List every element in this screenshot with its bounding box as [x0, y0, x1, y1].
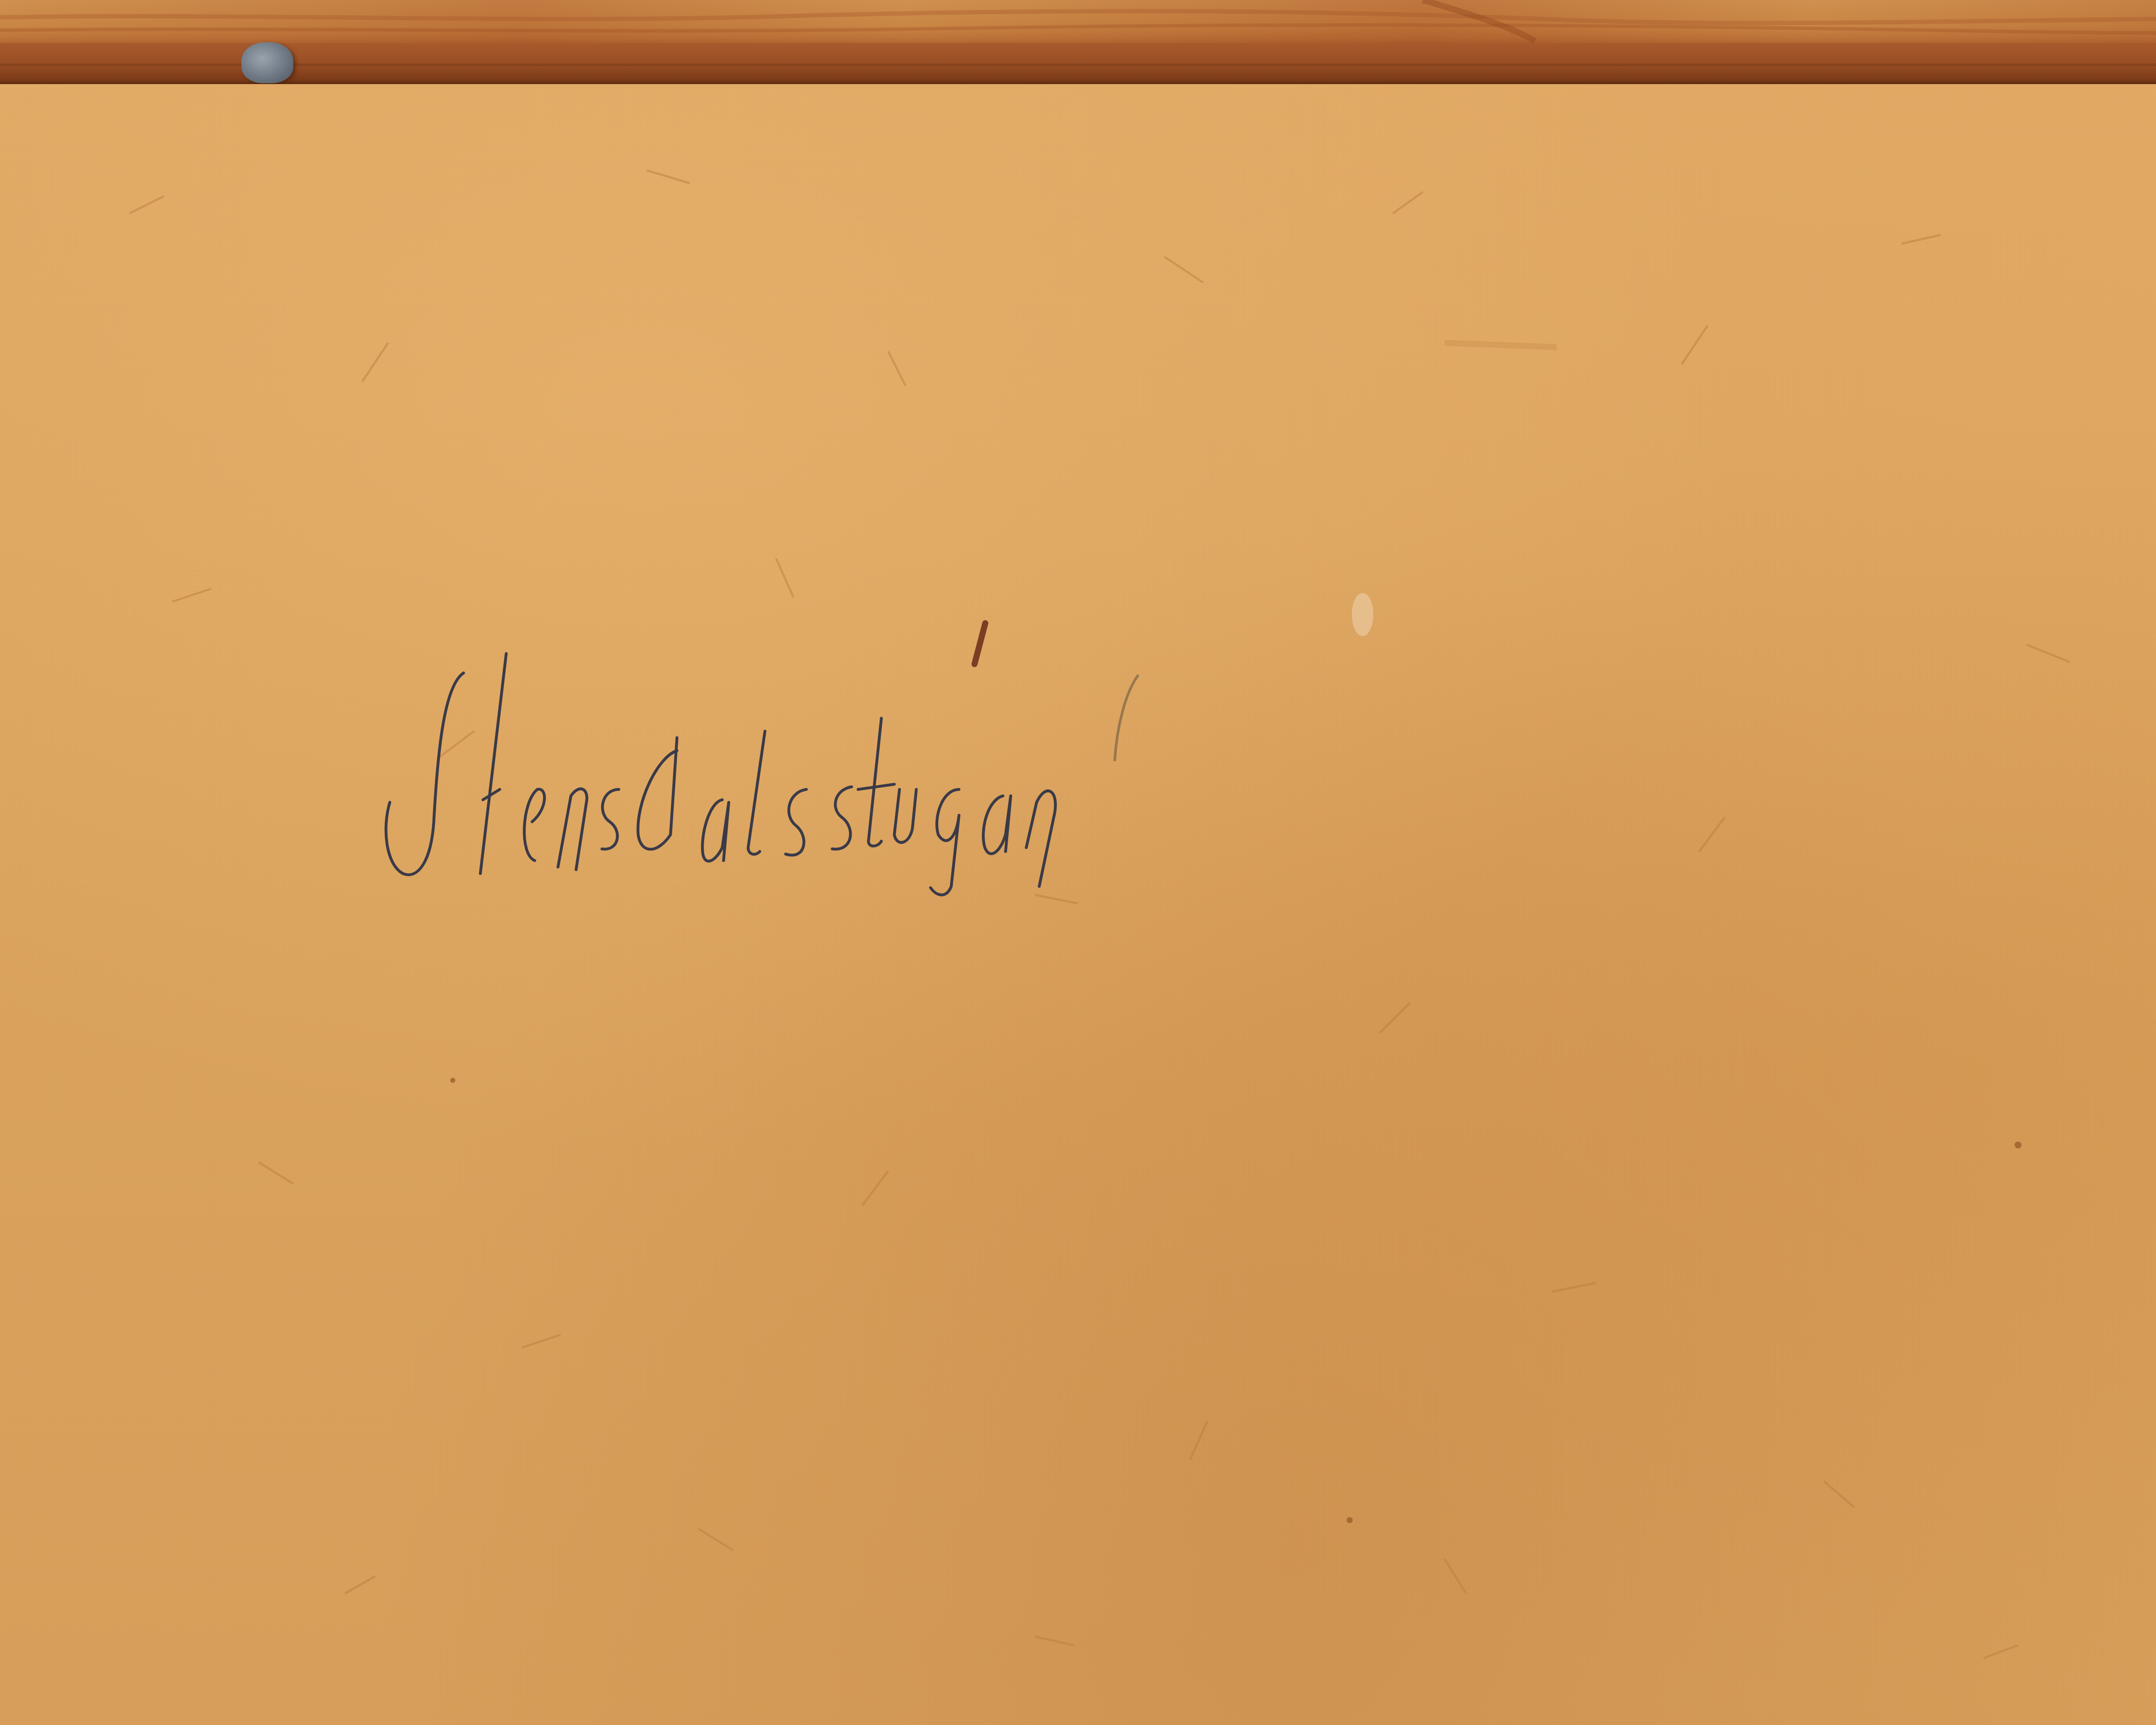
photo-scene: Stensdalsstugan — [0, 0, 2156, 1725]
handwriting-strokes — [367, 595, 1919, 897]
hardboard-backing — [0, 84, 2156, 1725]
metal-tack — [241, 42, 293, 83]
wooden-frame-top — [0, 0, 2156, 43]
pencil-inscription: Stensdalsstugan — [367, 595, 1919, 897]
wooden-frame-edge — [0, 43, 2156, 84]
